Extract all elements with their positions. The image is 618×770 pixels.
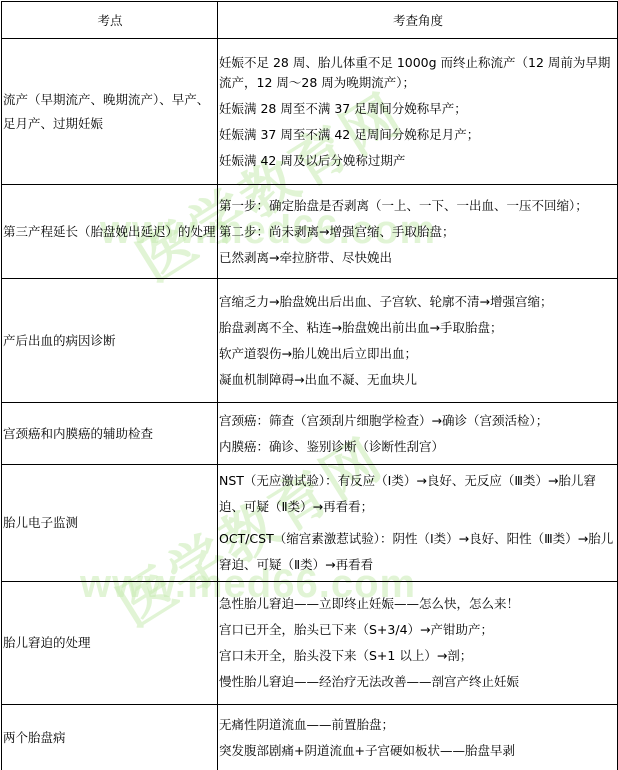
detail-line: 宫口未开全，胎头没下来（S+1 以上）→剖； (219, 643, 617, 669)
detail-line: 第一步：确定胎盘是否剥离（一上、一下、一出血、一压不回缩）； (219, 193, 617, 219)
table-row: 第三产程延长（胎盘娩出延迟）的处理 第一步：确定胎盘是否剥离（一上、一下、一出血… (2, 185, 618, 279)
detail-line: NST（无应激试验）：有反应（Ⅰ类）→良好、无反应（Ⅲ类）→胎儿窘迫、可疑（Ⅱ类… (219, 465, 617, 523)
row-topic: 流产（早期流产、晚期流产）、早产、足月产、过期妊娠 (2, 39, 218, 185)
detail-line: 突发腹部剧痛+阴道流血+子宫硬如板状——胎盘早剥 (219, 738, 617, 764)
detail-line: 胎盘剥离不全、粘连→胎盘娩出前出血→手取胎盘； (219, 315, 617, 341)
table-row: 宫颈癌和内膜癌的辅助检查 宫颈癌：筛查（宫颈刮片细胞学检查）→确诊（宫颈活检）；… (2, 403, 618, 465)
table-row: 两个胎盘病 无痛性阴道流血——前置胎盘； 突发腹部剧痛+阴道流血+子宫硬如板状—… (2, 705, 618, 770)
detail-line: 凝血机制障碍→出血不凝、无血块儿 (219, 367, 617, 393)
row-details: 急性胎儿窘迫——立即终止妊娠——怎么快，怎么来！ 宫口已开全，胎头已下来（S+3… (218, 582, 618, 705)
row-details: 宫颈癌：筛查（宫颈刮片细胞学检查）→确诊（宫颈活检）； 内膜癌：确诊、鉴别诊断（… (218, 403, 618, 465)
detail-line: 第二步：尚未剥离→增强宫缩、手取胎盘； (219, 219, 617, 245)
row-topic: 产后出血的病因诊断 (2, 279, 218, 403)
header-angle: 考查角度 (218, 2, 618, 39)
header-topic: 考点 (2, 2, 218, 39)
row-topic: 宫颈癌和内膜癌的辅助检查 (2, 403, 218, 465)
detail-line: 妊娠满 42 周及以后分娩称过期产 (219, 148, 617, 174)
detail-line: 妊娠不足 28 周、胎儿体重不足 1000g 而终止称流产（12 周前为早期流产… (219, 50, 617, 96)
row-details: 第一步：确定胎盘是否剥离（一上、一下、一出血、一压不回缩）； 第二步：尚未剥离→… (218, 185, 618, 279)
detail-line: 内膜癌：确诊、鉴别诊断（诊断性刮宫） (219, 434, 617, 460)
detail-line: 无痛性阴道流血——前置胎盘； (219, 712, 617, 738)
detail-line: 妊娠满 28 周至不满 37 足周间分娩称早产； (219, 96, 617, 122)
detail-line: 宫口已开全，胎头已下来（S+3/4）→产钳助产； (219, 617, 617, 643)
detail-line: 已然剥离→牵拉脐带、尽快娩出 (219, 245, 617, 271)
table-row: 胎儿电子监测 NST（无应激试验）：有反应（Ⅰ类）→良好、无反应（Ⅲ类）→胎儿窘… (2, 465, 618, 582)
table-row: 胎儿窘迫的处理 急性胎儿窘迫——立即终止妊娠——怎么快，怎么来！ 宫口已开全，胎… (2, 582, 618, 705)
detail-line: OCT/CST（缩宫素激惹试验）：阴性（Ⅰ类）→良好、阳性（Ⅲ类）→胎儿窘迫、可… (219, 523, 617, 581)
detail-line: 妊娠满 37 周至不满 42 足周间分娩称足月产； (219, 122, 617, 148)
detail-line: 软产道裂伤→胎儿娩出后立即出血； (219, 341, 617, 367)
row-details: 无痛性阴道流血——前置胎盘； 突发腹部剧痛+阴道流血+子宫硬如板状——胎盘早剥 (218, 705, 618, 770)
row-details: 妊娠不足 28 周、胎儿体重不足 1000g 而终止称流产（12 周前为早期流产… (218, 39, 618, 185)
row-topic: 第三产程延长（胎盘娩出延迟）的处理 (2, 185, 218, 279)
row-topic: 胎儿电子监测 (2, 465, 218, 582)
table-header-row: 考点 考查角度 (2, 2, 618, 39)
row-topic: 胎儿窘迫的处理 (2, 582, 218, 705)
detail-line: 宫缩乏力→胎盘娩出后出血、子宫软、轮廓不清→增强宫缩； (219, 289, 617, 315)
row-details: 宫缩乏力→胎盘娩出后出血、子宫软、轮廓不清→增强宫缩； 胎盘剥离不全、粘连→胎盘… (218, 279, 618, 403)
row-details: NST（无应激试验）：有反应（Ⅰ类）→良好、无反应（Ⅲ类）→胎儿窘迫、可疑（Ⅱ类… (218, 465, 618, 582)
detail-line: 慢性胎儿窘迫——经治疗无法改善——剖宫产终止妊娠 (219, 669, 617, 695)
detail-line: 急性胎儿窘迫——立即终止妊娠——怎么快，怎么来！ (219, 591, 617, 617)
table-row: 流产（早期流产、晚期流产）、早产、足月产、过期妊娠 妊娠不足 28 周、胎儿体重… (2, 39, 618, 185)
table-row: 产后出血的病因诊断 宫缩乏力→胎盘娩出后出血、子宫软、轮廓不清→增强宫缩； 胎盘… (2, 279, 618, 403)
exam-points-table: 考点 考查角度 流产（早期流产、晚期流产）、早产、足月产、过期妊娠 妊娠不足 2… (1, 1, 618, 770)
detail-line: 宫颈癌：筛查（宫颈刮片细胞学检查）→确诊（宫颈活检）； (219, 408, 617, 434)
row-topic: 两个胎盘病 (2, 705, 218, 770)
